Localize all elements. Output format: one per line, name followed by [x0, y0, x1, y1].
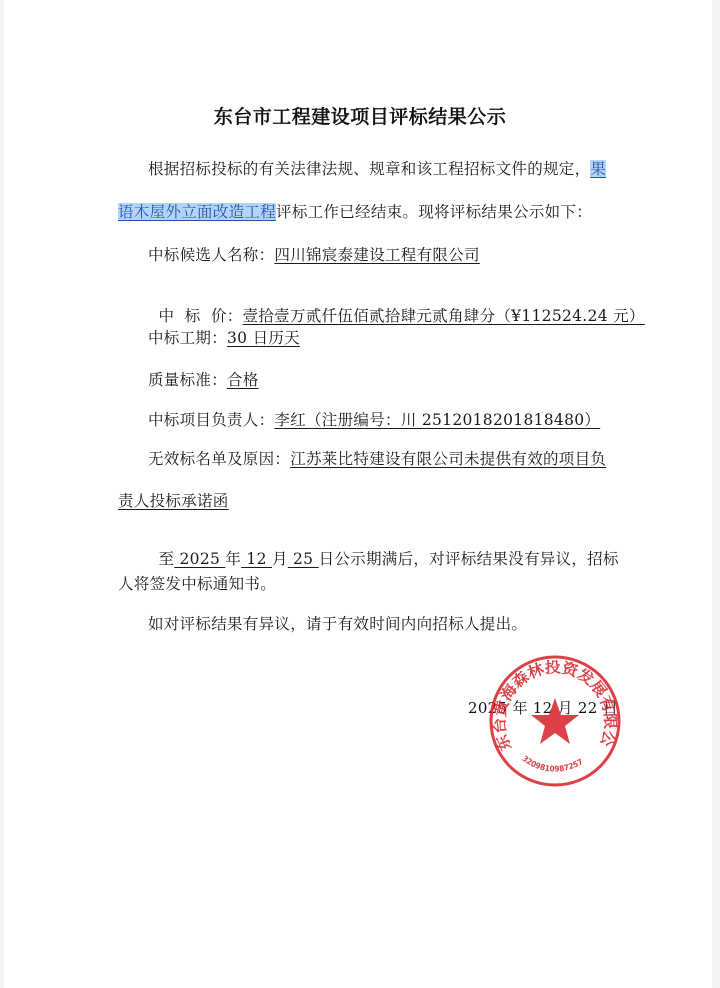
winner-value: 四川锦宸泰建设工程有限公司 — [274, 246, 479, 264]
objection-text: 如对评标结果有异议，请于有效时间内向招标人提出。 — [148, 615, 527, 633]
company-seal-icon: 东台黄海森林投资发展有限公司 3209810987257 — [486, 652, 624, 790]
duration-value: 30 日历天 — [227, 329, 300, 347]
document-page — [4, 0, 712, 988]
quality-label: 质量标准： — [148, 371, 227, 389]
intro-text-2: 评标工作已经结束。现将评标结果公示如下： — [276, 203, 592, 221]
deadline-year-unit: 年 — [225, 550, 241, 568]
invalid-row-cont: 责人投标承诺函 — [118, 489, 229, 511]
invalid-value-line-2: 责人投标承诺函 — [118, 492, 229, 510]
invalid-value-line-1: 江苏莱比特建设有限公司未提供有效的项目负 — [290, 450, 606, 468]
price-row: 中 标 价：壹拾壹万贰仟伍佰贰拾肆元贰角肆分（¥112524.24 元） — [148, 286, 645, 326]
intro-line-2: 语木屋外立面改造工程评标工作已经结束。现将评标结果公示如下： — [118, 200, 592, 222]
svg-text:3209810987257: 3209810987257 — [520, 754, 584, 774]
quality-value: 合格 — [227, 371, 259, 389]
seal-organization: 东台黄海森林投资发展有限公司 — [486, 652, 619, 753]
manager-label: 中标项目负责人： — [148, 411, 274, 429]
svg-text:东台黄海森林投资发展有限公司: 东台黄海森林投资发展有限公司 — [486, 652, 619, 753]
project-name-highlight-2[interactable]: 语木屋外立面改造工程 — [118, 203, 276, 221]
invalid-row: 无效标名单及原因：江苏莱比特建设有限公司未提供有效的项目负 — [148, 447, 606, 469]
seal-code: 3209810987257 — [520, 754, 584, 774]
deadline-suffix-2: 人将签发中标通知书。 — [118, 575, 276, 593]
price-label: 中 标 价： — [158, 307, 242, 325]
deadline-line-2: 人将签发中标通知书。 — [118, 572, 276, 594]
deadline-suffix: 日公示期满后，对评标结果没有异议，招标 — [319, 550, 619, 568]
intro-text: 根据招标投标的有关法律法规、规章和该工程招标文件的规定， — [148, 160, 590, 178]
deadline-year: 2025 — [174, 550, 225, 568]
manager-row: 中标项目负责人：李红（注册编号：川 2512018201818480） — [148, 408, 600, 430]
deadline-day: 25 — [288, 550, 319, 568]
deadline-month-unit: 月 — [272, 550, 288, 568]
duration-row: 中标工期：30 日历天 — [148, 326, 300, 348]
winner-label: 中标候选人名称： — [148, 246, 274, 264]
project-name-highlight-1[interactable]: 果 — [590, 160, 606, 178]
deadline-line-1: 至 2025 年 12 月 25 日公示期满后，对评标结果没有异议，招标 — [148, 529, 619, 569]
manager-value: 李红（注册编号：川 2512018201818480） — [274, 411, 600, 429]
quality-row: 质量标准：合格 — [148, 368, 259, 390]
winner-row: 中标候选人名称：四川锦宸泰建设工程有限公司 — [148, 243, 480, 265]
deadline-month: 12 — [241, 550, 272, 568]
objection-line: 如对评标结果有异议，请于有效时间内向招标人提出。 — [148, 612, 527, 634]
document-title: 东台市工程建设项目评标结果公示 — [0, 102, 720, 129]
invalid-label: 无效标名单及原因： — [148, 450, 290, 468]
price-value: 壹拾壹万贰仟伍佰贰拾肆元贰角肆分（¥112524.24 元） — [243, 307, 645, 325]
intro-line-1: 根据招标投标的有关法律法规、规章和该工程招标文件的规定，果 — [148, 157, 606, 179]
deadline-prefix: 至 — [158, 550, 174, 568]
duration-label: 中标工期： — [148, 329, 227, 347]
